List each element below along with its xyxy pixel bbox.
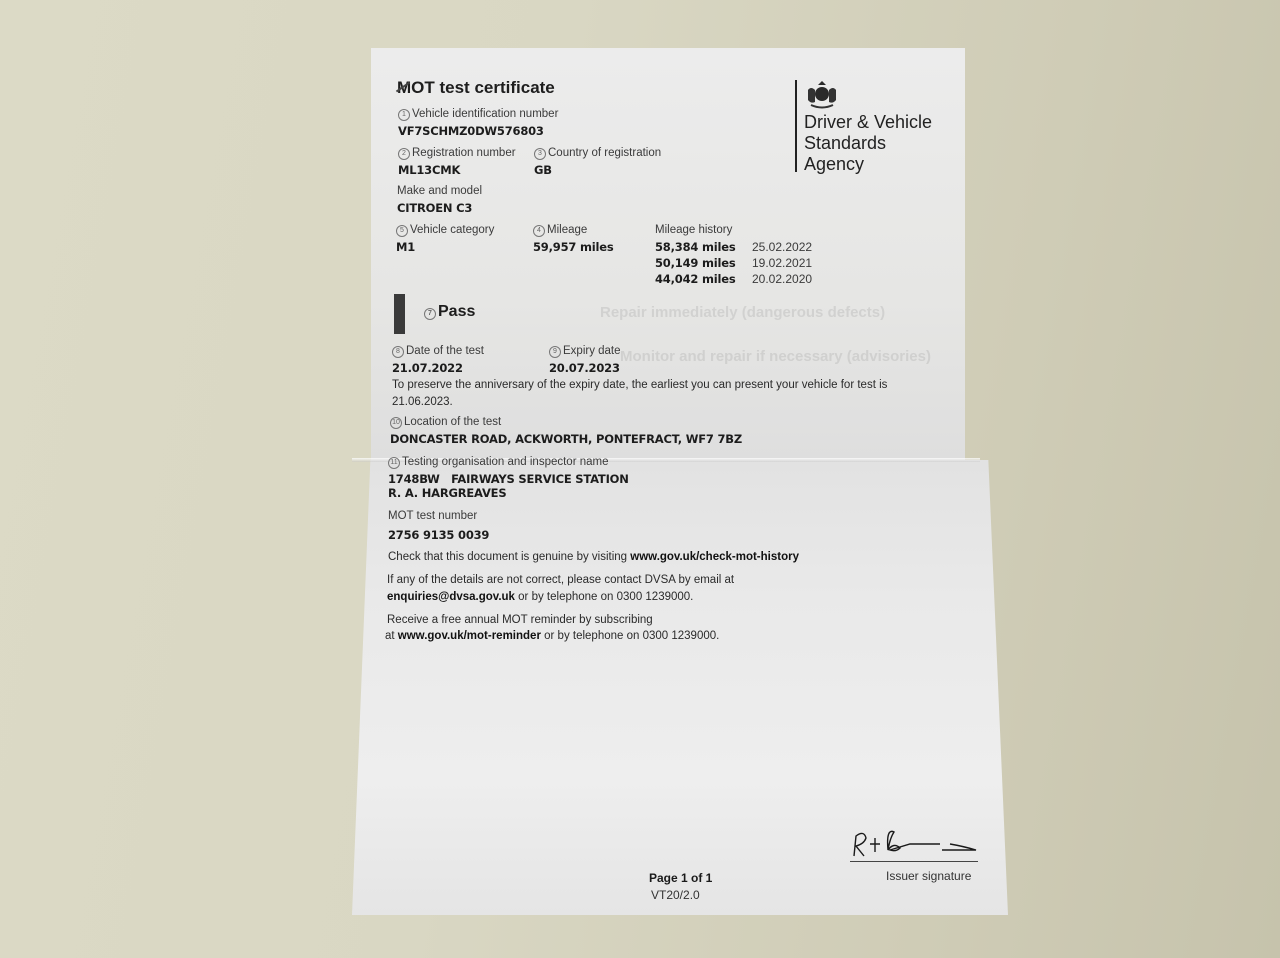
issuer-line-2: Standards: [804, 133, 932, 154]
page-number: Page 1 of 1: [649, 871, 712, 885]
location-label-text: Location of the test: [404, 416, 501, 428]
issuer-signature-icon: [850, 826, 980, 862]
test-date-label-text: Date of the test: [406, 345, 484, 357]
test-number-value: 2756 9135 0039: [388, 528, 489, 542]
expiry-date-value: 20.07.2023: [549, 361, 620, 375]
mileage-label-text: Mileage: [547, 224, 587, 236]
expiry-date-label-text: Expiry date: [563, 345, 621, 357]
category-label-text: Vehicle category: [410, 224, 494, 236]
certificate-title-text: MOT test certificate: [397, 78, 555, 97]
test-date-value: 21.07.2022: [392, 361, 463, 375]
issuer-signature-label: Issuer signature: [886, 869, 971, 883]
category-value: M1: [396, 240, 415, 254]
registration-value: ML13CMK: [398, 163, 460, 177]
field-number-icon: 4: [533, 225, 545, 237]
show-through-text: Repair immediately (dangerous defects): [600, 304, 885, 321]
field-number-icon: 5: [396, 225, 408, 237]
contact-text: If any of the details are not correct, p…: [387, 574, 734, 586]
make-model-label: Make and model: [397, 185, 482, 197]
reminder-link-line: at www.gov.uk/mot-reminder or by telepho…: [385, 630, 719, 642]
signature-line: [850, 861, 978, 862]
field-number-icon: 10: [390, 417, 402, 429]
tester-label-text: Testing organisation and inspector name: [402, 456, 609, 468]
registration-label: 2Registration number: [398, 147, 516, 160]
field-number-icon: 1: [398, 109, 410, 121]
mileage-history-miles: 50,149 miles: [655, 256, 736, 270]
check-genuine-text: Check that this document is genuine by v…: [388, 551, 799, 563]
location-value: DONCASTER ROAD, ACKWORTH, PONTEFRACT, WF…: [390, 432, 742, 446]
field-number-icon: 9: [549, 346, 561, 358]
mileage-value: 59,957 miles: [533, 240, 614, 254]
mileage-history-label: Mileage history: [655, 224, 732, 236]
registration-label-text: Registration number: [412, 147, 516, 159]
reminder-text: Receive a free annual MOT reminder by su…: [387, 614, 653, 626]
test-date-label: 8Date of the test: [392, 345, 484, 358]
country-label-text: Country of registration: [548, 147, 661, 159]
expiry-date-label: 9Expiry date: [549, 345, 621, 358]
vin-label-text: Vehicle identification number: [412, 108, 558, 120]
result-marker: [394, 294, 405, 334]
location-label: 10Location of the test: [390, 416, 501, 429]
mileage-history-miles: 58,384 miles: [655, 240, 736, 254]
test-result-text: Pass: [438, 303, 475, 320]
tester-site: 1748BW FAIRWAYS SERVICE STATION: [388, 472, 629, 486]
field-number-icon: 7: [424, 308, 436, 320]
mileage-history-date: 25.02.2022: [752, 240, 812, 254]
field-number-icon: 3: [534, 148, 546, 160]
mileage-history-date: 19.02.2021: [752, 256, 812, 270]
dvsa-logo-text: Driver & Vehicle Standards Agency: [804, 112, 932, 175]
field-number-icon: 8: [392, 346, 404, 358]
make-model-value: CITROEN C3: [397, 201, 472, 215]
contact-email-line: enquiries@dvsa.gov.uk or by telephone on…: [387, 591, 693, 603]
field-number-icon: 11: [388, 457, 400, 469]
royal-coat-of-arms-icon: [805, 80, 839, 110]
check-mot-history-link[interactable]: www.gov.uk/check-mot-history: [630, 551, 799, 563]
mileage-label: 4Mileage: [533, 224, 587, 237]
mileage-history-date: 20.02.2020: [752, 272, 812, 286]
test-number-label: MOT test number: [388, 510, 477, 522]
vin-label: 1Vehicle identification number: [398, 108, 558, 121]
logo-divider: [795, 80, 797, 172]
form-code: VT20/2.0: [651, 888, 700, 902]
mot-reminder-link[interactable]: www.gov.uk/mot-reminder: [398, 630, 541, 642]
category-label: 5Vehicle category: [396, 224, 494, 237]
anniversary-note: To preserve the anniversary of the expir…: [392, 379, 887, 391]
site-code: 1748BW: [388, 472, 440, 486]
anniversary-note-date: 21.06.2023.: [392, 396, 453, 408]
site-name: FAIRWAYS SERVICE STATION: [451, 472, 629, 486]
reminder-prefix: at: [385, 630, 398, 642]
mileage-history-miles: 44,042 miles: [655, 272, 736, 286]
issuer-line-3: Agency: [804, 154, 932, 175]
mot-certificate-photo: Repair immediately (dangerous defects) M…: [0, 0, 1280, 958]
reminder-phone-text: or by telephone on 0300 1239000.: [541, 630, 719, 642]
contact-email-link[interactable]: enquiries@dvsa.gov.uk: [387, 591, 515, 603]
issuer-line-1: Driver & Vehicle: [804, 112, 932, 133]
field-number-icon: 2: [398, 148, 410, 160]
vin-value: VF7SCHMZ0DW576803: [398, 124, 544, 138]
test-result: 7Pass: [424, 303, 475, 321]
tester-label: 11Testing organisation and inspector nam…: [388, 456, 609, 469]
show-through-text: Monitor and repair if necessary (advisor…: [620, 348, 931, 365]
country-value: GB: [534, 163, 552, 177]
contact-phone-text: or by telephone on 0300 1239000.: [515, 591, 693, 603]
check-text: Check that this document is genuine by v…: [388, 551, 630, 563]
country-label: 3Country of registration: [534, 147, 661, 160]
certificate-title: MOT test certificate: [397, 78, 555, 98]
inspector-name: R. A. HARGREAVES: [388, 486, 506, 500]
